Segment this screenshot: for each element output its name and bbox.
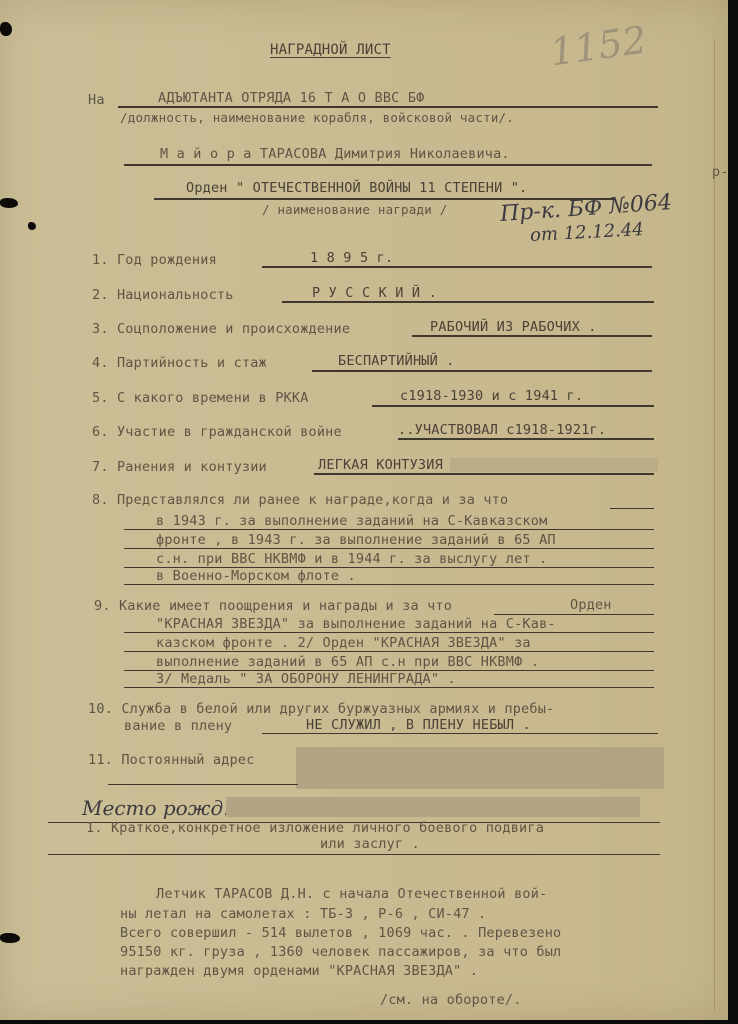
item-6-underline: [398, 438, 654, 440]
item-1-label: 1. Год рождения: [92, 252, 217, 268]
item-3-label: 3. Соцположение и происхождение: [92, 321, 350, 337]
section-underline: [48, 854, 660, 855]
item-2-value: Р У С С К И Й .: [312, 285, 437, 301]
narrative-line-2: ны летал на самолетах : ТБ-3 , Р-6 , СИ-…: [120, 906, 486, 922]
item-1-underline: [262, 266, 652, 268]
position-underline: [118, 106, 658, 108]
position-caption: /должность, наименование корабля, войско…: [120, 110, 514, 125]
award-sheet-page: 1152 НАГРАДНОЙ ЛИСТ На АДЪЮТАНТА ОТРЯДА …: [0, 0, 728, 1020]
item-4-label: 4. Партийность и стаж: [92, 355, 267, 371]
item-2-label: 2. Национальность: [92, 287, 234, 303]
item-9-value: Орден: [570, 597, 612, 613]
item-6-value: ..УЧАСТВОВАЛ с1918-1921г.: [398, 422, 606, 438]
item-9-line-2: казском фронте . 2/ Орден "КРАСНАЯ ЗВЕЗД…: [156, 635, 531, 651]
item-5-label: 5. С какого времени в РККА: [92, 390, 309, 406]
continued-note: /см. на обороте/.: [380, 992, 522, 1008]
document-title: НАГРАДНОЙ ЛИСТ: [270, 42, 391, 58]
tear-mark: [28, 222, 36, 230]
item-8-line-3: с.н. при ВВС НКВМФ и в 1944 г. за выслуг…: [156, 551, 547, 567]
item-4-underline: [312, 370, 652, 372]
item-8-line-2: фронте , в 1943 г. за выполнение заданий…: [156, 532, 556, 548]
item-8-label: 8. Представлялся ли ранее к награде,когд…: [92, 492, 508, 508]
item-8-underline-2: [124, 548, 654, 549]
birthplace-redaction: [226, 797, 640, 817]
item-9-underline-2: [124, 651, 654, 652]
item-5-underline: [372, 405, 654, 407]
item-8-line-4: в Военно-Морском флоте .: [156, 568, 356, 584]
award-caption: / наименование награди /: [262, 202, 447, 217]
narrative-line-5: награжден двумя орденами "КРАСНАЯ ЗВЕЗДА…: [120, 963, 478, 979]
item-10-label-cont: вание в плену: [124, 718, 232, 734]
item-6-label: 6. Участие в гражданской войне: [92, 424, 342, 440]
item-9-line-1: "КРАСНАЯ ЗВЕЗДА" за выполнение заданий н…: [156, 616, 556, 632]
item-7-label: 7. Ранения и контузии: [92, 459, 267, 475]
section-heading: 1. Краткое,конкретное изложение личного …: [86, 820, 544, 836]
item-11-label: 11. Постоянный адрес: [88, 752, 255, 768]
item-2-underline: [282, 301, 654, 303]
name-underline: [124, 164, 652, 166]
item-10-underline: [262, 733, 658, 734]
item-11-underline: [108, 784, 298, 785]
rank-name: М а й о р а ТАРАСОВА Димитрия Николаевич…: [160, 146, 510, 162]
item-5-value: с1918-1930 и с 1941 г.: [400, 388, 583, 404]
tear-mark: [0, 22, 12, 36]
tear-mark: [0, 933, 20, 943]
item-3-underline: [412, 335, 652, 337]
narrative-line-1: Летчик ТАРАСОВ Д.Н. с начала Отечественн…: [156, 886, 547, 902]
item-9-underline-1: [124, 632, 654, 633]
item-9-line-4: 3/ Медаль " ЗА ОБОРОНУ ЛЕНИНГРАДА" .: [156, 671, 456, 687]
item-10-label: 10. Служба в белой или других буржуазных…: [88, 701, 554, 717]
item-8-underline-0: [610, 508, 654, 509]
address-redaction: [296, 747, 664, 789]
item-10-value: НЕ СЛУЖИЛ , В ПЛЕНУ НЕБЫЛ .: [306, 717, 531, 733]
margin-mark: р-: [712, 164, 729, 180]
item-8-underline-4: [124, 584, 654, 585]
item-9-underline-0: [494, 614, 654, 615]
item-8-underline-1: [124, 529, 654, 530]
narrative-line-4: 95150 кг. груза , 1360 человек пассажиро…: [120, 944, 561, 960]
position-value: АДЪЮТАНТА ОТРЯДА 16 Т А О ВВС БФ: [158, 90, 425, 106]
item-7-underline: [314, 473, 654, 475]
item-7-value: ЛЕГКАЯ КОНТУЗИЯ: [318, 457, 443, 473]
item-1-value: 1 8 9 5 г.: [310, 250, 393, 266]
archive-number-pencil: 1152: [547, 17, 649, 74]
handwritten-birthplace: Место рожд.: [82, 796, 230, 820]
item-8-line-1: в 1943 г. за выполнение заданий на С-Кав…: [156, 513, 547, 529]
to-label: На: [88, 92, 105, 108]
narrative-line-3: Всего совершил - 514 вылетов , 1069 час.…: [120, 925, 561, 941]
item-4-value: БЕСПАРТИЙНЫЙ .: [338, 353, 455, 369]
handwritten-order-date: от 12.12.44: [530, 219, 645, 246]
award-value: Орден " ОТЕЧЕСТВЕННОЙ ВОЙНЫ 11 СТЕПЕНИ "…: [186, 180, 527, 196]
section-heading-cont: или заслуг .: [320, 836, 420, 852]
item-9-underline-4: [124, 687, 654, 688]
item-7-faded-text: [450, 458, 658, 472]
item-9-label: 9. Какие имеет поощрения и награды и за …: [94, 598, 452, 614]
item-3-value: РАБОЧИЙ ИЗ РАБОЧИХ .: [430, 319, 597, 335]
tear-mark: [0, 198, 18, 208]
item-9-line-3: выполнение заданий в 65 АП с.н при ВВС Н…: [156, 654, 539, 670]
